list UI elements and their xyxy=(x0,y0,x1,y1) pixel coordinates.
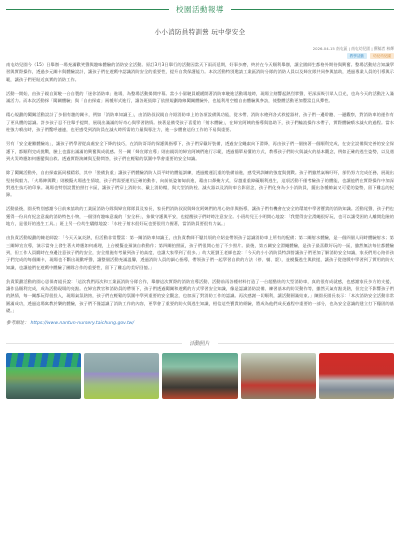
tag-kindergarten[interactable]: 幼兒幼兒園 xyxy=(370,53,394,59)
photos-title: 活動照片 xyxy=(182,340,218,347)
paragraph: 負責策劃活動的園心思保育組長說：「這次我們再次和工業區消防分隊合作，舉辦這次實際… xyxy=(6,279,394,315)
photo-thumbnail[interactable] xyxy=(241,353,316,399)
reference-line: 參考網址： https://www.nantun-nursery.taichun… xyxy=(6,320,394,328)
tag-teaching-activity[interactable]: 教學活動 xyxy=(347,53,367,59)
photo-thumbnail[interactable] xyxy=(162,353,237,399)
paragraph: 活動最後，園長特別感謝今日前來協助的工業區消防分隊與婦宣隊隊員及家長，家長們消防… xyxy=(6,206,394,228)
article-meta: 2026-04-15 南屯區 | 南屯幼兒園 | 撰稿者 林輝 xyxy=(6,46,394,51)
photo-thumbnail[interactable] xyxy=(319,353,394,399)
section-title: 校園活動報導 xyxy=(169,4,231,15)
section-header: 校園活動報導 xyxy=(6,1,394,17)
divider-line-right xyxy=(231,9,394,10)
reference-link[interactable]: https://www.nantun-nursery.taichung.gov.… xyxy=(30,321,134,326)
article-title: 小小消防員特訓營 玩中學安全 xyxy=(6,27,394,37)
paragraph: 精心規劃的闖關活動設計了多個有趣的關卡，例如「消防車知識王」，由消防叔叔親自介紹… xyxy=(6,112,394,134)
tag-list: 教學活動 幼兒幼兒園 xyxy=(6,53,394,59)
paragraph: 活動一開始，由孩子親自駕駛一台自製的「迷你消防車」進場，為整場活動揭開序幕。當小… xyxy=(6,91,394,106)
photo-thumbnail[interactable] xyxy=(84,353,159,399)
divider-line-left xyxy=(6,343,182,344)
paragraph: 南屯幼兒園今（15）日舉辦一場充滿歡笑聲與趣味體驗的消防安全活動。原訂3月3日舉… xyxy=(6,62,394,84)
article-body: 南屯幼兒園今（15）日舉辦一場充滿歡笑聲與趣味體驗的消防安全活動。原訂3月3日舉… xyxy=(6,62,394,315)
photos-header: 活動照片 xyxy=(6,336,394,350)
news-page: 校園活動報導 小小消防員特訓營 玩中學安全 2026-04-15 南屯區 | 南… xyxy=(0,1,400,533)
reference-label: 參考網址： xyxy=(6,321,29,326)
paragraph: 由負責活動規劃的陳老師說：「今天天氣炎熱，但活動非常豐富：第一關消防車知識王，由… xyxy=(6,235,394,271)
photo-thumbnail[interactable] xyxy=(6,353,81,399)
paragraph: 除了闖關活動外，自由探索區同樣精彩，其中「裝備負重」讓孩子們體驗消防人員平時的體… xyxy=(6,170,394,199)
paragraph: 另有「安全避難體驗站」，讓孩子們學習從高處安全下降的技巧，在消防哥哥的保護與指導… xyxy=(6,141,394,163)
divider-line-right xyxy=(218,343,394,344)
divider-line-left xyxy=(6,9,169,10)
photo-gallery xyxy=(6,353,394,399)
